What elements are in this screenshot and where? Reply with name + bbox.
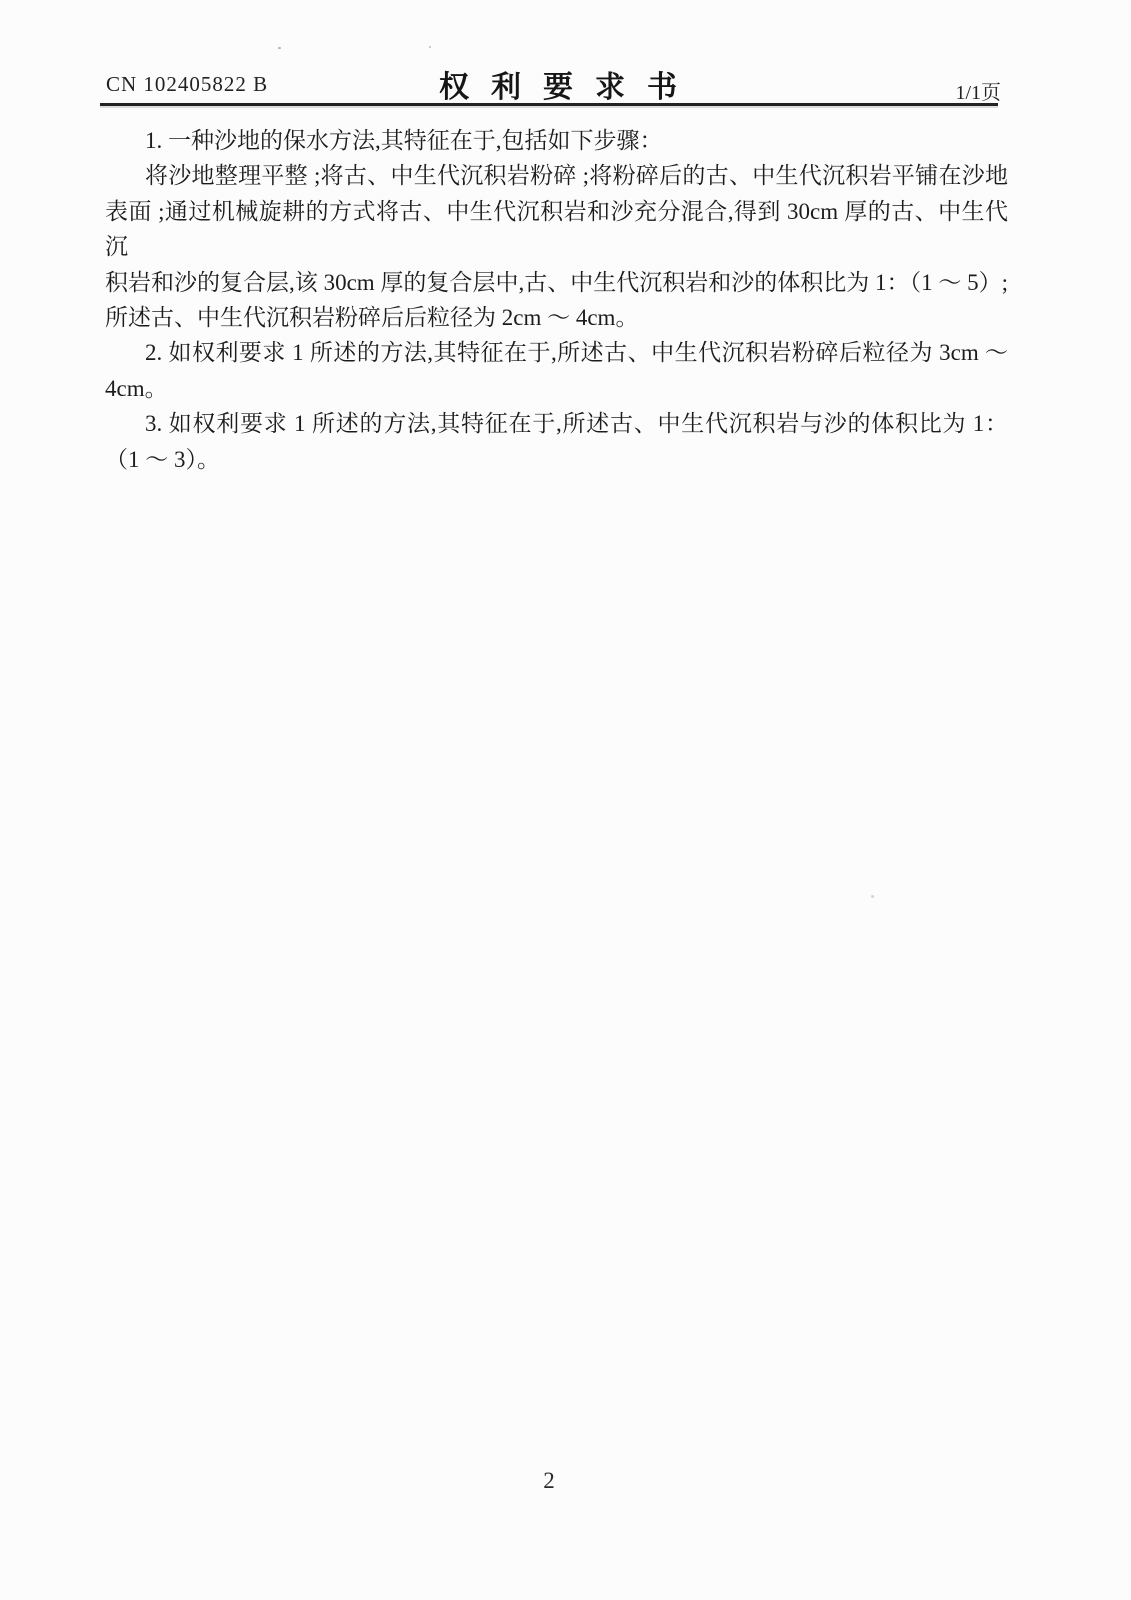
- scan-artifact-dot: [429, 46, 431, 48]
- page-title: 权利要求书: [417, 62, 699, 106]
- claim-line: 积岩和沙的复合层,该 30cm 厚的复合层中,古、中生代沉积岩和沙的体积比为 1…: [105, 265, 1008, 300]
- claim-line: 将沙地整理平整 ;将古、中生代沉积岩粉碎 ;将粉碎后的古、中生代沉积岩平铺在沙地: [105, 158, 1008, 193]
- claim-line: 所述古、中生代沉积岩粉碎后后粒径为 2cm ～ 4cm。: [105, 300, 1008, 335]
- claim-line: 1. 一种沙地的保水方法,其特征在于,包括如下步骤：: [105, 123, 1008, 158]
- claim-line: 2. 如权利要求 1 所述的方法,其特征在于,所述古、中生代沉积岩粉碎后粒径为 …: [105, 335, 1008, 370]
- document-number: CN 102405822 B: [106, 72, 268, 97]
- claims-body: 1. 一种沙地的保水方法,其特征在于,包括如下步骤： 将沙地整理平整 ;将古、中…: [105, 123, 1008, 477]
- claim-line: 3. 如权利要求 1 所述的方法,其特征在于,所述古、中生代沉积岩与沙的体积比为…: [105, 406, 1008, 441]
- claim-line: 4cm。: [105, 371, 1008, 406]
- scan-artifact-dot: [278, 47, 281, 49]
- page-indicator: 1/1页: [955, 76, 1001, 105]
- patent-claims-page: CN 102405822 B 权利要求书 1/1页 1. 一种沙地的保水方法,其…: [0, 0, 1131, 1600]
- claim-line: （1 ～ 3）。: [105, 442, 1008, 477]
- scan-artifact-dot: [871, 895, 874, 898]
- claim-line: 表面 ;通过机械旋耕的方式将古、中生代沉积岩和沙充分混合,得到 30cm 厚的古…: [105, 194, 1008, 265]
- header-divider: [100, 103, 998, 106]
- footer-page-number: 2: [543, 1468, 555, 1494]
